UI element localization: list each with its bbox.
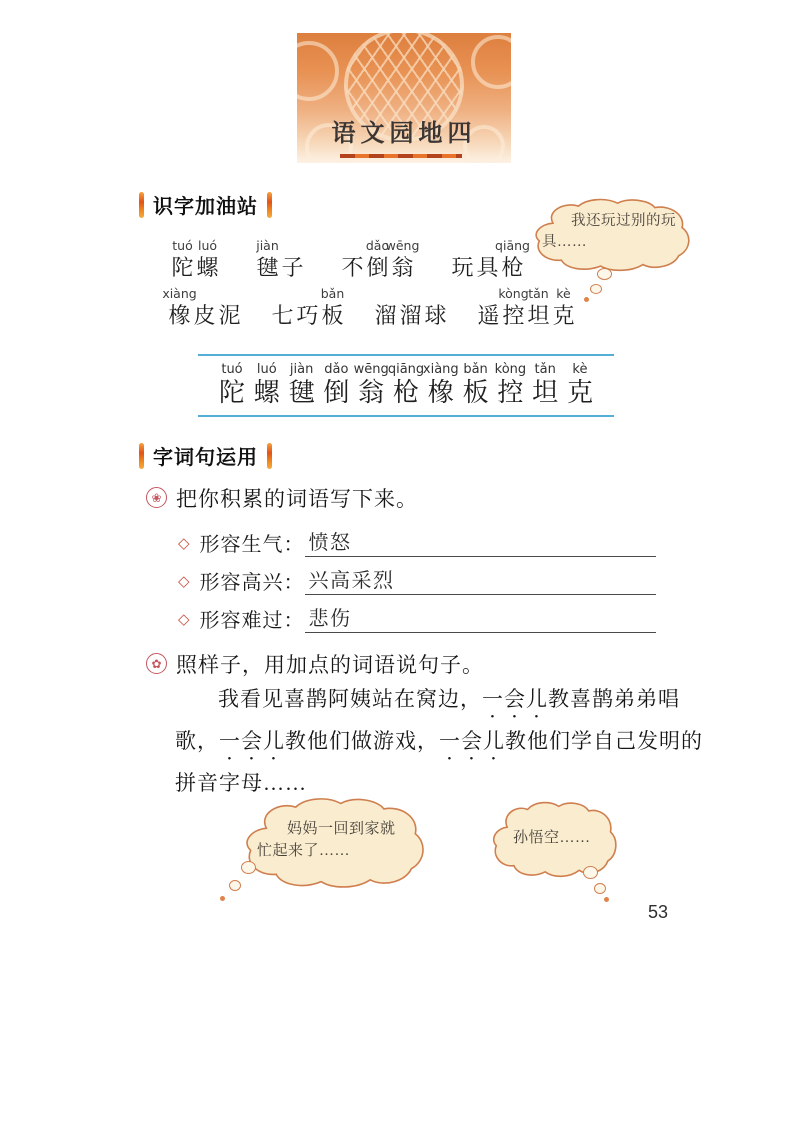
pinyin-label: tǎn — [535, 361, 556, 378]
exercise2-prompt: 照样子，用加点的词语说句子。 — [176, 649, 484, 679]
pinyin-label: dǎo — [324, 361, 348, 378]
sentence-text: 歌， — [175, 729, 219, 753]
pinyin-char-column: qiāng枪 — [392, 361, 420, 408]
pinyin-label: kè — [572, 361, 587, 378]
item-label: 形容生气： — [200, 528, 305, 557]
hanzi-char: 控 — [497, 378, 523, 408]
section-heading-usage: 字词句运用 — [139, 441, 272, 470]
diamond-bullet-icon: ◇ — [178, 569, 190, 595]
section-heading-literacy: 识字加油站 — [139, 190, 272, 219]
pinyin-char-column: qiāng枪 — [500, 237, 525, 281]
vocabulary-word: 不dǎo倒wēng翁 — [340, 237, 415, 281]
bubble-tail-circle — [604, 897, 609, 902]
hanzi-char: 板 — [463, 378, 489, 408]
sentence-line: 歌，一会儿教他们做游戏，一会儿教他们学自己发明的 — [175, 723, 653, 765]
pinyin-label: bǎn — [463, 361, 487, 378]
pinyin-label: wēng — [386, 237, 420, 254]
bubble-tail-circle — [597, 268, 612, 280]
item-answer: 兴高采烈 — [305, 564, 656, 595]
hanzi-char: 子 — [281, 254, 303, 281]
hanzi-char: 枪 — [393, 378, 419, 408]
bubble-tail-circle — [594, 883, 606, 894]
banner-dashed-underline — [340, 154, 462, 158]
hanzi-char: 螺 — [254, 378, 280, 408]
pinyin-label: luó — [198, 237, 217, 254]
pinyin-char-column: 遥 — [476, 285, 501, 329]
pinyin-char-column: 不 — [340, 237, 365, 281]
pinyin-char-column: tuó陀 — [218, 361, 246, 408]
word-fill-item: ◇形容难过：悲伤 — [178, 603, 656, 633]
pinyin-label: luó — [257, 361, 277, 378]
pinyin-label: kòng — [498, 285, 528, 302]
diamond-bullet-icon: ◇ — [178, 531, 190, 557]
hanzi-char: 橡 — [428, 378, 454, 408]
hanzi-char: 克 — [567, 378, 593, 408]
bubble-text: 孙悟空…… — [498, 828, 606, 850]
sentence-text: 教他们做游戏， — [285, 729, 439, 753]
pinyin-label: jiàn — [290, 361, 313, 378]
heading-bar-icon — [267, 192, 272, 218]
hanzi-char: 橡 — [168, 302, 190, 329]
pinyin-char-column: wēng翁 — [390, 237, 415, 281]
heading-bar-icon — [139, 192, 144, 218]
exercise1-prompt: 把你积累的词语写下来。 — [176, 483, 418, 513]
page-title: 语文园地四 — [297, 113, 511, 148]
pinyin-char-column: 溜 — [398, 285, 423, 329]
hanzi-char: 坦 — [532, 378, 558, 408]
pinyin-char-column: tuó陀 — [170, 237, 195, 281]
item-label: 形容难过： — [200, 604, 305, 633]
pinyin-char-column: xiàng橡 — [427, 361, 455, 408]
hanzi-char: 泥 — [218, 302, 240, 329]
hanzi-char: 陀 — [171, 254, 193, 281]
bubble-tail-circle — [590, 284, 602, 294]
emphasized-phrase: 一会儿 — [439, 729, 505, 753]
pinyin-char-column: 子 — [280, 237, 305, 281]
thought-bubble-mom: 妈妈一回到家就忙起来了…… — [233, 797, 429, 889]
hanzi-char: 毽 — [289, 378, 315, 408]
item-answer: 愤怒 — [305, 526, 656, 557]
hanzi-char: 皮 — [193, 302, 215, 329]
hanzi-char: 巧 — [296, 302, 318, 329]
bubble-text: 我还玩过别的玩具…… — [542, 211, 676, 253]
pinyin-label: qiāng — [388, 361, 424, 378]
pinyin-char-column: luó螺 — [195, 237, 220, 281]
hanzi-char: 具 — [476, 254, 498, 281]
vocabulary-word: jiàn毽子 — [255, 237, 305, 281]
pinyin-char-column: jiàn毽 — [288, 361, 316, 408]
vocabulary-word: xiàng橡皮泥 — [167, 285, 242, 329]
hanzi-char: 陀 — [219, 378, 245, 408]
hanzi-char: 溜 — [374, 302, 396, 329]
unit-banner: 语文园地四 — [297, 33, 511, 163]
pinyin-label: kòng — [495, 361, 527, 378]
sentence-text: 教他们学自己发明的 — [505, 729, 703, 753]
sentence-text: 我看见喜鹊阿姨站在窝边， — [218, 687, 482, 711]
banner-swirl-decoration — [471, 35, 511, 89]
hanzi-char: 翁 — [391, 254, 413, 281]
pinyin-char-column: 七 — [270, 285, 295, 329]
hanzi-char: 倒 — [323, 378, 349, 408]
word-row-2: xiàng橡皮泥七巧bǎn板溜溜球遥kòng控tǎn坦kè克 — [167, 285, 576, 329]
hanzi-char: 倒 — [366, 254, 388, 281]
sentence-line: 我看见喜鹊阿姨站在窝边，一会儿教喜鹊弟弟唱 — [175, 681, 653, 723]
banner-swirl-decoration — [297, 41, 339, 101]
heading-bar-icon — [139, 443, 144, 469]
pinyin-char-column: luó螺 — [253, 361, 281, 408]
sentence-line: 拼音字母…… — [175, 765, 653, 801]
pinyin-label: xiàng — [423, 361, 459, 378]
exercise-stamp-icon: ✿ — [146, 653, 167, 674]
vocabulary-word: tuó陀luó螺 — [170, 237, 220, 281]
pinyin-label: wēng — [354, 361, 389, 378]
bubble-tail-circle — [584, 297, 589, 302]
thought-bubble-toys: 我还玩过别的玩具…… — [524, 198, 694, 272]
pinyin-char-column: 巧 — [295, 285, 320, 329]
sentence-text: 教喜鹊弟弟唱 — [548, 687, 680, 711]
pinyin-label: bǎn — [321, 285, 345, 302]
bubble-tail-circle — [229, 880, 241, 891]
textbook-page: 语文园地四 识字加油站 我还玩过别的玩具…… tuó陀luó螺jiàn毽子不dǎ… — [0, 0, 793, 1121]
section-heading-label: 字词句运用 — [153, 441, 258, 470]
hanzi-char: 枪 — [501, 254, 523, 281]
hanzi-char: 七 — [271, 302, 293, 329]
pinyin-char-column: kè克 — [566, 361, 594, 408]
emphasized-phrase: 一会儿 — [482, 687, 548, 711]
hanzi-char: 遥 — [477, 302, 499, 329]
thought-bubble-wukong: 孙悟空…… — [484, 801, 620, 878]
word-fill-item: ◇形容高兴：兴高采烈 — [178, 565, 656, 595]
pinyin-char-column: tǎn坦 — [526, 285, 551, 329]
item-label: 形容高兴： — [200, 566, 305, 595]
vocabulary-word: 玩具qiāng枪 — [450, 237, 525, 281]
bubble-tail-circle — [583, 866, 598, 879]
pinyin-char-column: dǎo倒 — [322, 361, 350, 408]
hanzi-char: 克 — [552, 302, 574, 329]
emphasized-phrase: 一会儿 — [219, 729, 285, 753]
hanzi-char: 翁 — [358, 378, 384, 408]
pinyin-char-column: tǎn坦 — [531, 361, 559, 408]
pinyin-char-column: bǎn板 — [462, 361, 490, 408]
pinyin-char-column: bǎn板 — [320, 285, 345, 329]
pinyin-label: jiàn — [256, 237, 279, 254]
pinyin-char-column: wēng翁 — [357, 361, 385, 408]
vocabulary-word: 溜溜球 — [373, 285, 448, 329]
hanzi-char: 螺 — [196, 254, 218, 281]
vocabulary-items: ◇形容生气：愤怒◇形容高兴：兴高采烈◇形容难过：悲伤 — [178, 527, 656, 641]
item-answer: 悲伤 — [305, 602, 656, 633]
pinyin-char-column: kè克 — [551, 285, 576, 329]
pinyin-label: tuó — [221, 361, 242, 378]
pinyin-label: kè — [556, 285, 570, 302]
pinyin-label: tuó — [172, 237, 192, 254]
pinyin-label: qiāng — [495, 237, 530, 254]
hanzi-char: 玩 — [451, 254, 473, 281]
pinyin-char-column: kòng控 — [496, 361, 524, 408]
example-sentence: 我看见喜鹊阿姨站在窝边，一会儿教喜鹊弟弟唱歌，一会儿教他们做游戏，一会儿教他们学… — [175, 681, 653, 801]
pinyin-label: tǎn — [528, 285, 548, 302]
pinyin-char-column: 泥 — [217, 285, 242, 329]
pinyin-char-column: 玩 — [450, 237, 475, 281]
vocabulary-word: 七巧bǎn板 — [270, 285, 345, 329]
diamond-bullet-icon: ◇ — [178, 607, 190, 633]
hanzi-char: 控 — [502, 302, 524, 329]
pinyin-char-column: 皮 — [192, 285, 217, 329]
bubble-text: 妈妈一回到家就忙起来了…… — [257, 819, 403, 863]
bubble-tail-circle — [241, 861, 256, 874]
word-row-1: tuó陀luó螺jiàn毽子不dǎo倒wēng翁玩具qiāng枪 — [170, 237, 525, 281]
pinyin-char-column: kòng控 — [501, 285, 526, 329]
pinyin-character-table: tuó陀luó螺jiàn毽dǎo倒wēng翁qiāng枪xiàng橡bǎn板kò… — [198, 354, 614, 417]
hanzi-char: 坦 — [527, 302, 549, 329]
word-fill-item: ◇形容生气：愤怒 — [178, 527, 656, 557]
hanzi-char: 不 — [341, 254, 363, 281]
exercise-stamp-icon: ❀ — [146, 487, 167, 508]
page-number: 53 — [648, 902, 668, 923]
pinyin-char-column: 球 — [423, 285, 448, 329]
hanzi-char: 溜 — [399, 302, 421, 329]
heading-bar-icon — [267, 443, 272, 469]
pinyin-char-column: 溜 — [373, 285, 398, 329]
sentence-text: 拼音字母…… — [175, 771, 307, 795]
pinyin-char-column: jiàn毽 — [255, 237, 280, 281]
pinyin-char-column: xiàng橡 — [167, 285, 192, 329]
section-heading-label: 识字加油站 — [153, 190, 258, 219]
hanzi-char: 球 — [424, 302, 446, 329]
hanzi-char: 毽 — [256, 254, 278, 281]
bubble-tail-circle — [220, 896, 225, 901]
vocabulary-word: 遥kòng控tǎn坦kè克 — [476, 285, 576, 329]
hanzi-char: 板 — [321, 302, 343, 329]
